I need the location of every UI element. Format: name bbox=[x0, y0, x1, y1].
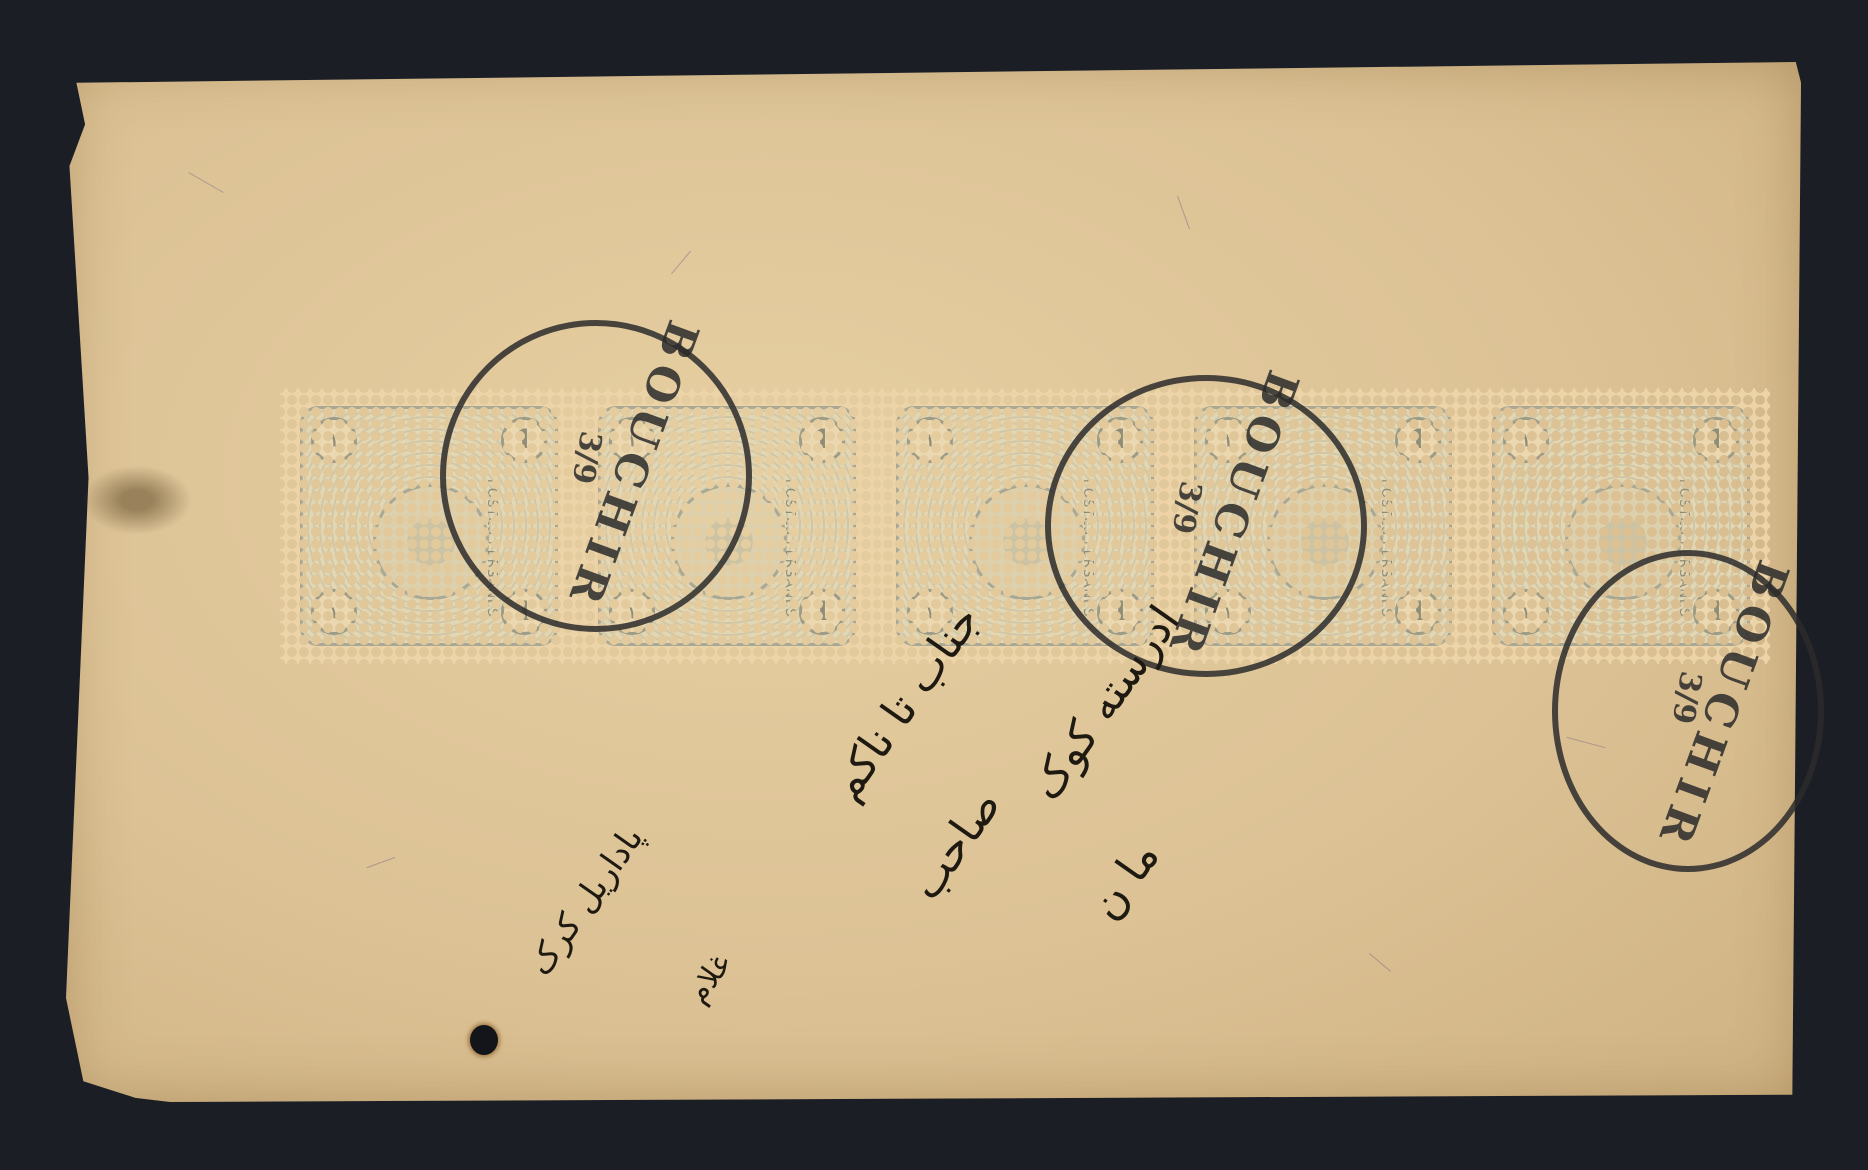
stamp-value-persian: ۱ bbox=[311, 417, 357, 463]
ink-smudge bbox=[82, 465, 192, 535]
stamp-value: 1 bbox=[799, 589, 845, 635]
stamp-value-persian: ۱ bbox=[1503, 589, 1549, 635]
stamp-inscription: POSTES PERSANES bbox=[1378, 479, 1393, 618]
stamp-value-persian: ۱ bbox=[311, 589, 357, 635]
stamp-value-persian: ۱ bbox=[907, 417, 953, 463]
stamp-value: 1 bbox=[1693, 417, 1739, 463]
stamp-value-persian: ۱ bbox=[1503, 417, 1549, 463]
stamp-value: 1 bbox=[1395, 589, 1441, 635]
punch-hole bbox=[470, 1025, 498, 1055]
stamp-value: 1 bbox=[1395, 417, 1441, 463]
stamp-value: 1 bbox=[799, 417, 845, 463]
stamp-inscription: POSTES PERSANES bbox=[782, 479, 797, 618]
